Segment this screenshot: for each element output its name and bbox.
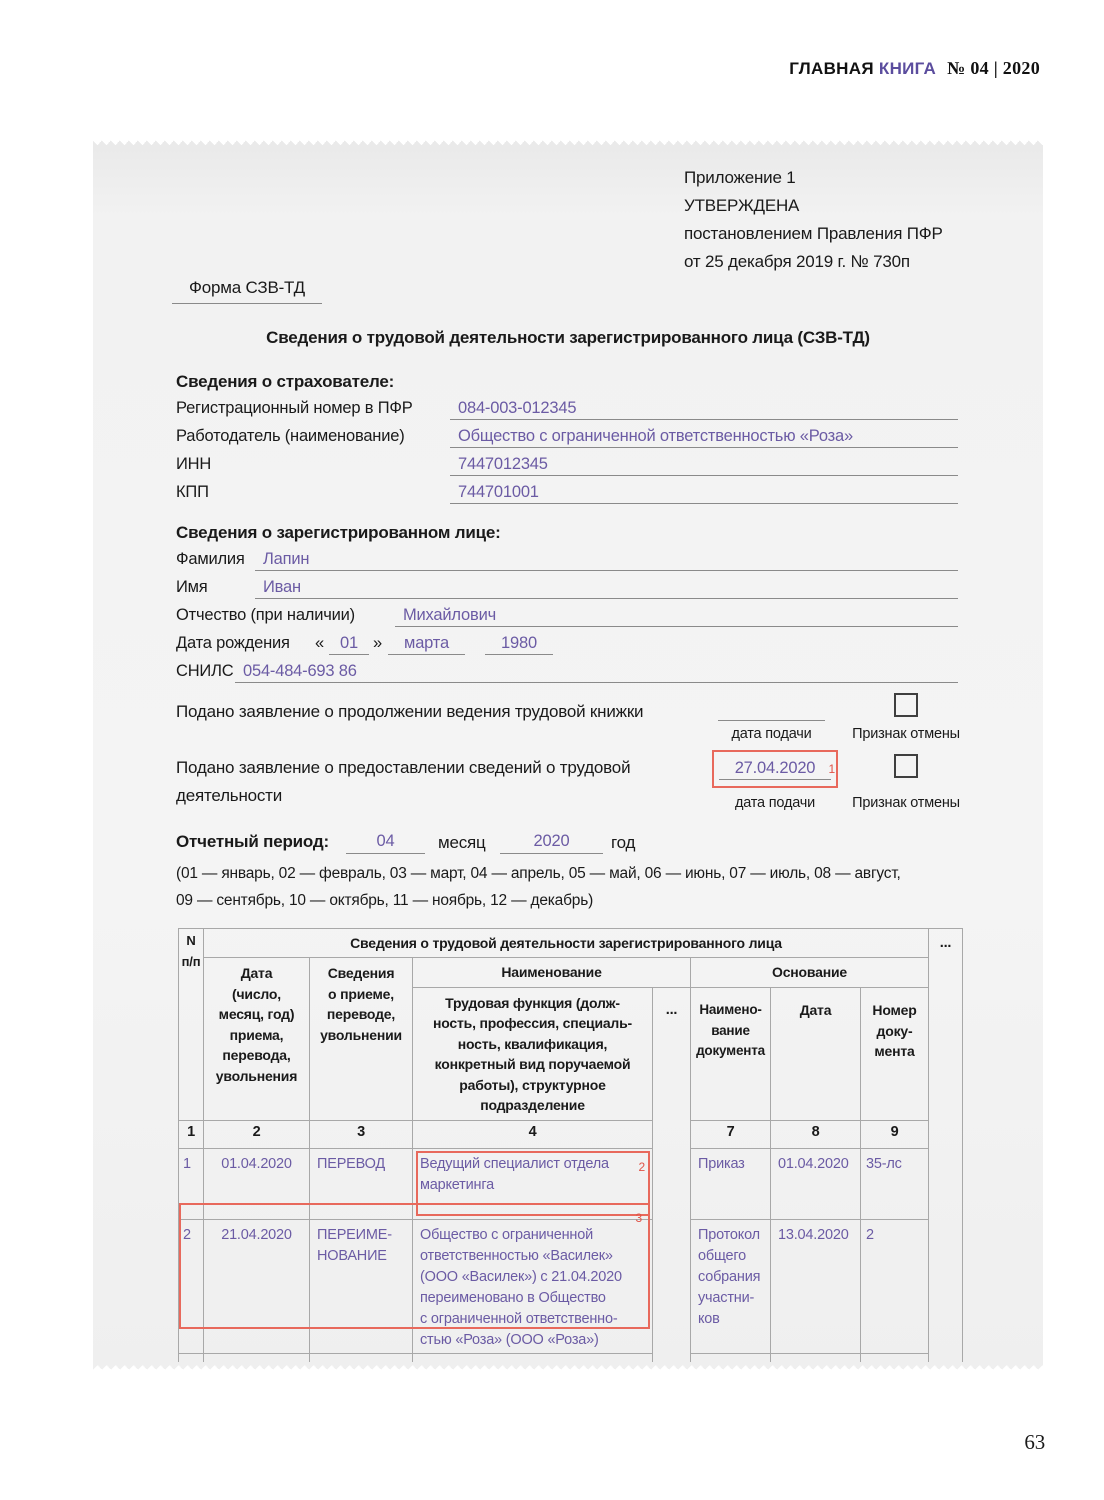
reporting-period-month-word: месяц	[438, 833, 486, 853]
col-header-doc-number: Номер доку- мента	[861, 988, 929, 1121]
col-header-date: Дата (число, месяц, год) приема, перевод…	[204, 958, 310, 1121]
field-surname-value: Лапин	[255, 550, 958, 569]
reporting-period-month-field[interactable]: 04	[346, 832, 425, 854]
statement1-cancel-checkbox[interactable]	[894, 693, 918, 717]
statement1-date-field[interactable]	[718, 700, 825, 721]
col-header-doc-date: Дата	[771, 988, 861, 1121]
table-row-cutoff	[179, 1354, 963, 1362]
month-codes-note-line1: (01 — январь, 02 — февраль, 03 — март, 0…	[176, 860, 901, 887]
field-label-birthdate: Дата рождения	[176, 634, 290, 653]
statement2-date-caption: дата подачи	[712, 795, 838, 811]
col-header-row-number: N п/п	[179, 929, 204, 1121]
group-header-basis: Основание	[691, 958, 929, 988]
col-num-1: 1	[179, 1121, 204, 1149]
field-snils-value: 054-484-693 86	[235, 662, 958, 681]
field-birth-month[interactable]: марта	[388, 634, 465, 655]
reporting-period-year-word: год	[611, 833, 635, 853]
approval-block: Приложение 1 УТВЕРЖДЕНА постановлением П…	[684, 164, 943, 276]
field-birth-year-value: 1980	[485, 634, 553, 653]
col-num-9: 9	[861, 1121, 929, 1149]
row1-doc-date: 01.04.2020	[771, 1149, 861, 1220]
approval-line: УТВЕРЖДЕНА	[684, 192, 943, 220]
reporting-period-year-value: 2020	[500, 832, 603, 851]
row1-doc-number: 35-лс	[861, 1149, 929, 1220]
row2-number: 2	[179, 1220, 204, 1354]
field-label-snils: СНИЛС	[176, 662, 233, 681]
statement2-date-annotation-box: 27.04.2020 1	[712, 750, 838, 788]
row1-date: 01.04.2020	[204, 1149, 310, 1220]
table-row: 2 21.04.2020 ПЕРЕИМЕ- НОВАНИЕ Общество с…	[179, 1220, 963, 1354]
approval-line: постановлением Правления ПФР	[684, 220, 943, 248]
col-header-doc-name: Наимено- вание документа	[691, 988, 771, 1121]
statement1-date-caption: дата подачи	[718, 726, 825, 742]
field-employer[interactable]: Общество с ограниченной ответственностью…	[450, 427, 958, 448]
row2-doc-name: Протокол общего собрания участни- ков	[691, 1220, 771, 1354]
work-activity-table: N п/п Сведения о трудовой деятельности з…	[178, 928, 963, 1362]
form-title: Сведения о трудовой деятельности зарегис…	[93, 328, 1043, 348]
field-label-firstname: Имя	[176, 578, 208, 597]
col-header-event-info: Сведения о приеме, переводе, увольнении	[310, 958, 413, 1121]
field-regnum-value: 084-003-012345	[450, 399, 958, 418]
approval-line: от 25 декабря 2019 г. № 730п	[684, 248, 943, 276]
approval-line: Приложение 1	[684, 164, 943, 192]
row2-event: ПЕРЕИМЕ- НОВАНИЕ	[310, 1220, 413, 1354]
col-num-8: 8	[771, 1121, 861, 1149]
field-label-patronymic: Отчество (при наличии)	[176, 606, 355, 625]
birthdate-close-quote: »	[373, 634, 382, 653]
field-birth-year[interactable]: 1980	[485, 634, 553, 655]
field-inn-value: 7447012345	[450, 455, 958, 474]
statement2-date-value: 27.04.2020	[714, 759, 836, 778]
magazine-header: ГЛАВНАЯ КНИГА № 04 | 2020	[789, 58, 1040, 79]
row2-doc-number: 2	[861, 1220, 929, 1354]
row2-doc-date: 13.04.2020	[771, 1220, 861, 1354]
field-snils[interactable]: 054-484-693 86	[235, 662, 958, 683]
field-label-regnum: Регистрационный номер в ПФР	[176, 399, 413, 418]
field-birth-day-value: 01	[329, 634, 369, 653]
statement-book-continuation: Подано заявление о продолжении ведения т…	[176, 698, 716, 726]
field-firstname-value: Иван	[255, 578, 958, 597]
statement2-checkbox-caption: Признак отмены	[841, 795, 971, 811]
birthdate-open-quote: «	[315, 634, 324, 653]
reporting-period-month-value: 04	[346, 832, 425, 851]
document-page: Приложение 1 УТВЕРЖДЕНА постановлением П…	[93, 138, 1043, 1372]
field-birth-month-value: марта	[388, 634, 465, 653]
field-label-surname: Фамилия	[176, 550, 245, 569]
statement2-cancel-checkbox[interactable]	[894, 754, 918, 778]
month-codes-note: (01 — январь, 02 — февраль, 03 — март, 0…	[176, 860, 901, 914]
reporting-period-year-field[interactable]: 2020	[500, 832, 603, 854]
magazine-issue: № 04 | 2020	[947, 58, 1040, 78]
col-num-3: 3	[310, 1121, 413, 1149]
insurer-section-heading: Сведения о страхователе:	[176, 372, 394, 392]
field-inn[interactable]: 7447012345	[450, 455, 958, 476]
row1-doc-name: Приказ	[691, 1149, 771, 1220]
torn-edge-top	[93, 138, 1043, 145]
row2-date: 21.04.2020	[204, 1220, 310, 1354]
col-header-function: Трудовая функция (долж- ность, профессия…	[413, 988, 653, 1121]
field-regnum[interactable]: 084-003-012345	[450, 399, 958, 420]
column-number-row: 1 2 3 4 7 8 9	[179, 1121, 963, 1149]
field-birth-day[interactable]: 01	[329, 634, 369, 655]
row1-function: Ведущий специалист отдела маркетинга 2	[413, 1149, 653, 1220]
col-num-4: 4	[413, 1121, 653, 1149]
table-span-title: Сведения о трудовой деятельности зарегис…	[204, 929, 929, 958]
group-header-name: Наименование	[413, 958, 691, 988]
annotation-marker-2: 2	[639, 1157, 645, 1178]
col-num-7: 7	[691, 1121, 771, 1149]
col-num-2: 2	[204, 1121, 310, 1149]
torn-edge-bottom	[93, 1365, 1043, 1372]
field-label-employer: Работодатель (наименование)	[176, 427, 405, 446]
field-firstname[interactable]: Иван	[255, 578, 958, 599]
field-kpp-value: 744701001	[450, 483, 958, 502]
row1-event: ПЕРЕВОД	[310, 1149, 413, 1220]
table-row: 1 01.04.2020 ПЕРЕВОД Ведущий специалист …	[179, 1149, 963, 1220]
form-code-label: Форма СЗВ-ТД	[172, 278, 322, 304]
row1-number: 1	[179, 1149, 204, 1220]
field-surname[interactable]: Лапин	[255, 550, 958, 571]
person-section-heading: Сведения о зарегистрированном лице:	[176, 523, 501, 543]
statement1-checkbox-caption: Признак отмены	[841, 726, 971, 742]
field-kpp[interactable]: 744701001	[450, 483, 958, 504]
statement-info-provision: Подано заявление о предоставлении сведен…	[176, 754, 716, 810]
row2-function: Общество с ограниченной ответственностью…	[413, 1220, 653, 1354]
field-patronymic-value: Михайлович	[395, 606, 958, 625]
page-number: 63	[1024, 1430, 1045, 1455]
reporting-period-label: Отчетный период:	[176, 832, 329, 852]
work-activity-table-wrapper: N п/п Сведения о трудовой деятельности з…	[178, 928, 962, 1362]
magazine-title-part2: КНИГА	[879, 59, 936, 78]
field-patronymic[interactable]: Михайлович	[395, 606, 958, 627]
statement2-date-field[interactable]	[719, 779, 831, 780]
annotation-marker-1: 1	[829, 762, 835, 776]
field-label-inn: ИНН	[176, 455, 211, 474]
field-employer-value: Общество с ограниченной ответственностью…	[450, 427, 958, 446]
month-codes-note-line2: 09 — сентябрь, 10 — октябрь, 11 — ноябрь…	[176, 887, 901, 914]
table-ellipsis-middle: ...	[653, 988, 691, 1362]
table-ellipsis-right: ...	[929, 929, 963, 1362]
magazine-title-part1: ГЛАВНАЯ	[789, 59, 874, 78]
field-label-kpp: КПП	[176, 483, 209, 502]
